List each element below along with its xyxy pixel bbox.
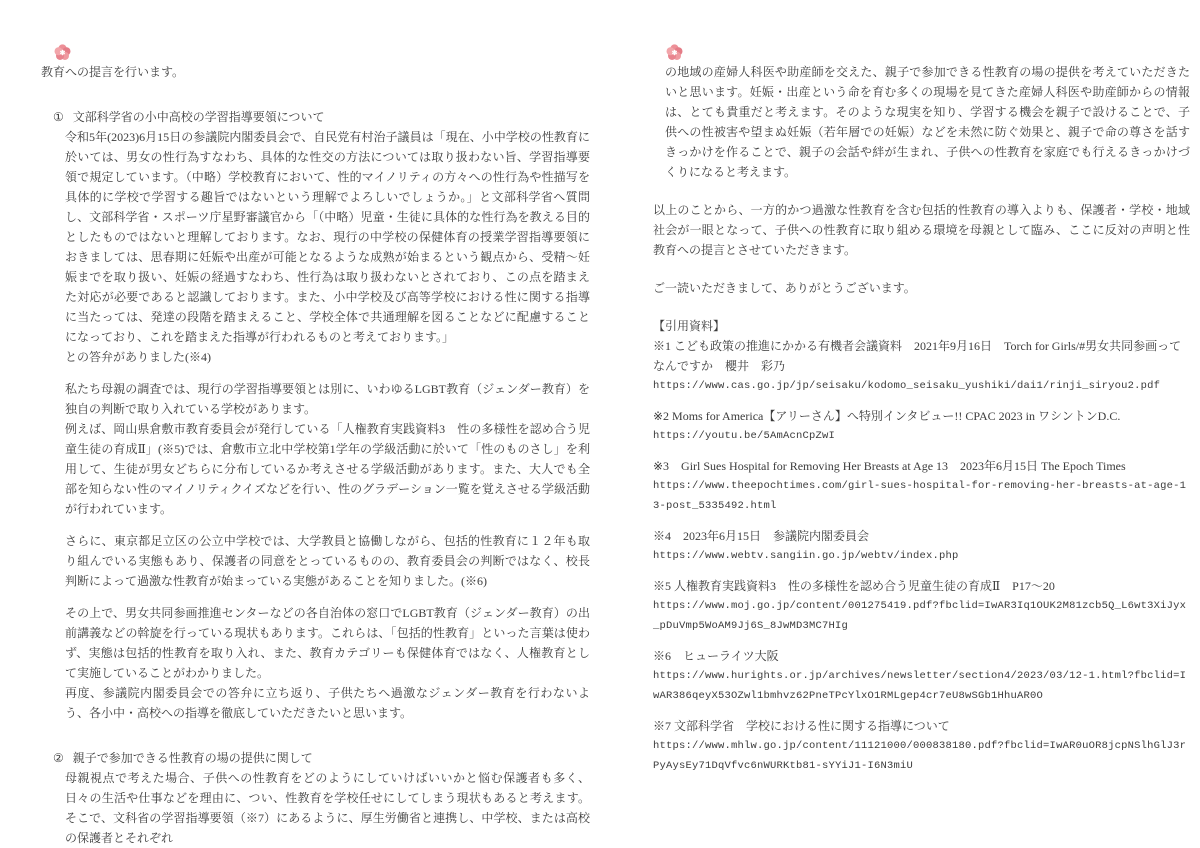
reference-label: ※5 人権教育実践資料3 性の多様性を認め合う児童生徒の育成Ⅱ P17～20 [653,576,1190,596]
section-number: ② [53,748,64,768]
page-right-blocks: の地域の産婦人科医や助産師を交えた、親子で参加できる性教育の場の提供を考えていた… [653,62,1190,776]
reference-url: https://www.webtv.sangiin.go.jp/webtv/in… [653,546,1190,566]
page-right: の地域の産婦人科医や助産師を交えた、親子で参加できる性教育の場の提供を考えていた… [653,62,1190,776]
paragraph: 私たち母親の調査では、現行の学習指導要領とは別に、いわゆるLGBT教育（ジェンダ… [65,379,590,419]
section-title: 親子で参加できる性教育の場の提供に関して [73,751,313,765]
section-heading: ①文部科学省の小中高校の学習指導要領について [53,107,590,127]
reference-url: https://www.hurights.or.jp/archives/news… [653,666,1190,706]
reference-url: https://www.cas.go.jp/jp/seisaku/kodomo_… [653,376,1190,396]
paragraph: さらに、東京都足立区の公立中学校では、大学教員と協働しながら、包括的性教育に１２… [65,531,590,591]
intro-line: 教育への提言を行います。 [41,62,590,82]
paragraph: との答弁がありました(※4) [65,347,590,367]
paragraph: の地域の産婦人科医や助産師を交えた、親子で参加できる性教育の場の提供を考えていた… [665,62,1190,182]
reference-url: https://youtu.be/5AmAcnCpZwI [653,426,1190,446]
paragraph: 以上のことから、一方的かつ過激な性教育を含む包括的性教育の導入よりも、保護者・学… [653,200,1190,260]
reference-label: ※4 2023年6月15日 参議院内閣委員会 [653,526,1190,546]
paragraph: 令和5年(2023)6月15日の参議院内閣委員会で、自民党有村治子議員は「現在、… [65,127,590,347]
reference-label: ※7 文部科学省 学校における性に関する指導について [653,716,1190,736]
section-heading: ②親子で参加できる性教育の場の提供に関して [53,748,590,768]
page-left-blocks: ①文部科学省の小中高校の学習指導要領について令和5年(2023)6月15日の参議… [41,107,590,848]
reference-label: ※6 ヒューライツ大阪 [653,646,1190,666]
page-left: 教育への提言を行います。 ①文部科学省の小中高校の学習指導要領について令和5年(… [41,62,590,848]
reference-url: https://www.theepochtimes.com/girl-sues-… [653,476,1190,516]
section-number: ① [53,107,64,127]
paragraph: 再度、参議院内閣委員会での答弁に立ち返り、子供たちへ過激なジェンダー教育を行わな… [65,683,590,723]
reference-label: ※3 Girl Sues Hospital for Removing Her B… [653,456,1190,476]
paragraph: 【引用資料】 [653,316,1190,336]
paragraph: 例えば、岡山県倉敷市教育委員会が発行している「人権教育実践資料3 性の多様性を認… [65,419,590,519]
paragraph: ご一読いただきまして、ありがとうございます。 [653,278,1190,298]
reference-url: https://www.mhlw.go.jp/content/11121000/… [653,736,1190,776]
reference-label: ※1 こども政策の推進にかかる有機者会議資料 2021年9月16日 Torch … [653,336,1190,376]
section-title: 文部科学省の小中高校の学習指導要領について [73,110,325,124]
paragraph: その上で、男女共同参画推進センターなどの各自治体の窓口でLGBT教育（ジェンダー… [65,603,590,683]
flower-logo-icon [665,43,684,62]
reference-url: https://www.moj.go.jp/content/001275419.… [653,596,1190,636]
reference-label: ※2 Moms for America【アリーさん】へ特別インタビュー!! CP… [653,406,1190,426]
paragraph: 母親視点で考えた場合、子供への性教育をどのようにしていけばいいかと悩む保護者も多… [65,768,590,848]
flower-logo-icon [53,43,72,62]
